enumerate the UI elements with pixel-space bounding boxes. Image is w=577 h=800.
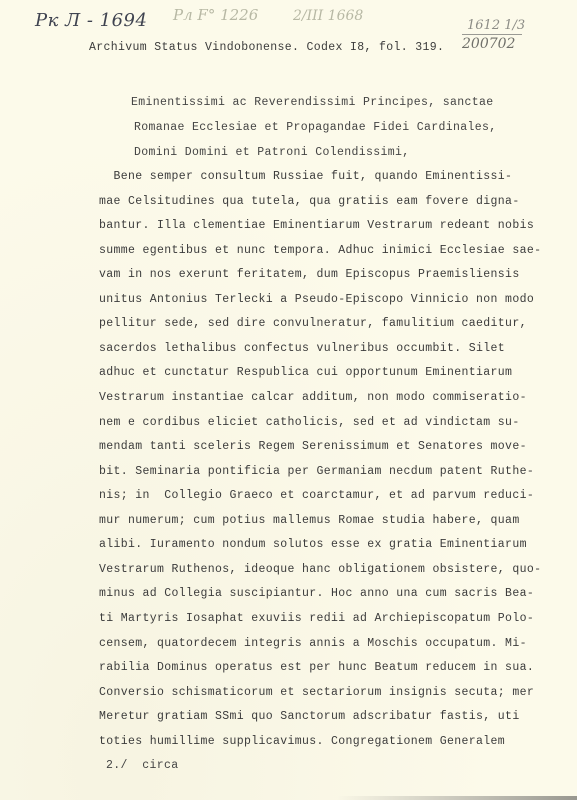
scan-edge-shadow: [337, 796, 577, 800]
letter-body-line: unitus Antonius Terlecki a Pseudo-Episco…: [99, 293, 534, 306]
letter-body-line: Vestrarum instantiae calcar additum, non…: [99, 391, 527, 404]
letter-body-line: Vestrarum Ruthenos, ideoque hanc obligat…: [99, 563, 541, 576]
catalog-number-bottom: 200702: [462, 36, 515, 52]
letter-body-line: adhuc et cunctatur Respublica cui opport…: [99, 366, 512, 379]
salutation-line: Eminentissimi ac Reverendissimi Principe…: [131, 96, 494, 109]
catalog-number-top: 1612 1/3: [467, 18, 525, 33]
salutation-line: Romanae Ecclesiae et Propagandae Fidei C…: [134, 121, 497, 134]
salutation-line: Domini Domini et Patroni Colendissimi,: [134, 146, 410, 159]
letter-body-line: alibi. Iuramento nondum solutos esse ex …: [99, 538, 527, 551]
document-page: Pк Л - 1694 Pл F° 1226 2/III 1668 1612 1…: [0, 0, 577, 800]
letter-body-line: nis; in Collegio Graeco et coarctamur, e…: [99, 489, 534, 502]
catalog-number-divider: [462, 34, 522, 35]
letter-body-line: mendam tanti sceleris Regem Serenissimum…: [99, 440, 527, 453]
letter-body-line: toties humillime supplicavimus. Congrega…: [99, 735, 505, 748]
page-continuation-marker: 2./ circa: [106, 759, 179, 772]
letter-body-line: mae Celsitudines qua tutela, qua gratiis…: [99, 195, 520, 208]
letter-body-line: sacerdos lethalibus confectus vulneribus…: [99, 342, 505, 355]
letter-body-line: rabilia Dominus operatus est per hunc Be…: [99, 661, 534, 674]
letter-body-line: bit. Seminaria pontificia per Germaniam …: [99, 465, 534, 478]
letter-body-line: ti Martyris Iosaphat exuviis redii ad Ar…: [99, 612, 534, 625]
letter-body-line: nem e cordibus eliciet catholicis, sed e…: [99, 416, 520, 429]
letter-body-line: pellitur sede, sed dire convulneratur, f…: [99, 317, 527, 330]
letter-body-line: censem, quatordecem integris annis a Mos…: [99, 637, 527, 650]
letter-body-line: Bene semper consultum Russiae fuit, quan…: [99, 170, 512, 183]
letter-body-line: Meretur gratiam SSmi quo Sanctorum adscr…: [99, 710, 520, 723]
letter-body-line: bantur. Illa clementiae Eminentiarum Ves…: [99, 219, 534, 232]
letter-body-line: Conversio schismaticorum et sectariorum …: [99, 686, 534, 699]
archive-reference: Archivum Status Vindobonense. Codex I8, …: [89, 41, 444, 54]
pencil-note-date: 2/III 1668: [293, 8, 363, 24]
letter-body-line: vam in nos exerunt feritatem, dum Episco…: [99, 268, 520, 281]
letter-body-line: summe egentibus et nunc tempora. Adhuc i…: [99, 244, 541, 257]
letter-body-line: mur numerum; cum potius mallemus Romae s…: [99, 514, 520, 527]
pencil-note-folio: Pл F° 1226: [173, 6, 258, 24]
handwritten-shelfmark: Pк Л - 1694: [35, 10, 147, 31]
letter-body-line: minus ad Collegia suscipiantur. Hoc anno…: [99, 587, 534, 600]
